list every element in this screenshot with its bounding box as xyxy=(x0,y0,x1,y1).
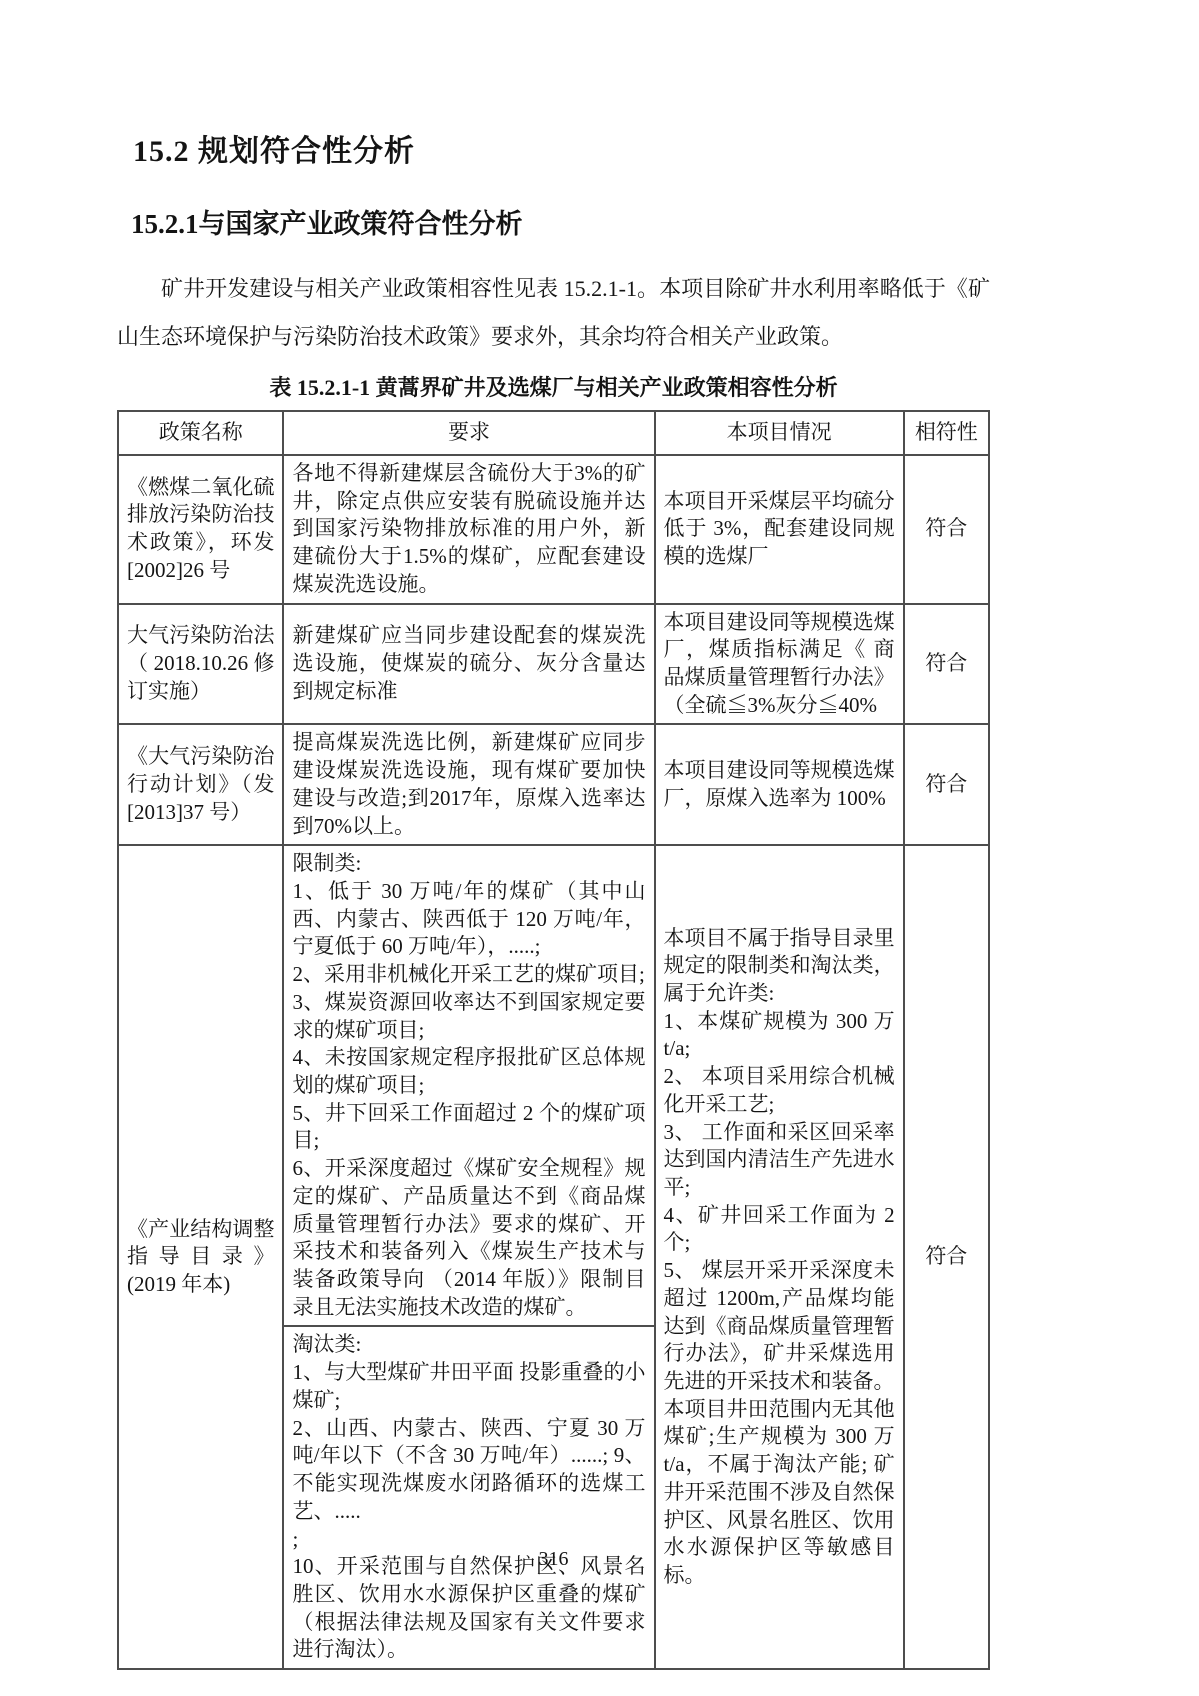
cell-requirement: 新建煤矿应当同步建设配套的煤炭洗选设施，使煤炭的硫分、灰分含量达到规定标准 xyxy=(283,604,654,725)
cell-project-status: 本项目不属于指导目录里规定的限制类和淘汰类，属于允许类: 1、本煤矿规模为 30… xyxy=(655,845,904,1669)
cell-project-status: 本项目建设同等规模选煤厂，原煤入选率为 100% xyxy=(655,724,904,845)
table-header-row: 政策名称 要求 本项目情况 相符性 xyxy=(118,411,989,455)
page-content: 15.2 规划符合性分析 15.2.1与国家产业政策符合性分析 矿井开发建设与相… xyxy=(117,0,990,1670)
cell-policy-name: 大气污染防治法（ 2018.10.26 修订实施） xyxy=(118,604,283,725)
cell-policy-name: 《产业结构调整指导目录》(2019 年本) xyxy=(118,845,283,1669)
col-header-project-status: 本项目情况 xyxy=(655,411,904,455)
cell-requirement: 各地不得新建煤层含硫份大于3%的矿井，除定点供应安装有脱硫设施并达到国家污染物排… xyxy=(283,455,654,604)
cell-requirement: 提高煤炭洗选比例，新建煤矿应同步建设煤炭洗选设施，现有煤矿要加快建设与改造;到2… xyxy=(283,724,654,845)
cell-requirement-restricted-category: 限制类: 1、低于 30 万吨/年的煤矿（其中山西、内蒙古、陕西低于 120 万… xyxy=(283,845,654,1326)
col-header-policy-name: 政策名称 xyxy=(118,411,283,455)
table-caption: 表 15.2.1-1 黄蒿界矿井及选煤厂与相关产业政策相容性分析 xyxy=(117,371,990,402)
cell-project-status: 本项目建设同等规模选煤厂，煤质指标满足《 商品煤质量管理暂行办法》（全硫≦3%灰… xyxy=(655,604,904,725)
page-number: 316 xyxy=(117,1548,990,1571)
cell-policy-name: 《燃煤二氧化硫排放污染防治技术政策》，环发[2002]26 号 xyxy=(118,455,283,604)
cell-project-status: 本项目开采煤层平均硫分低于 3%，配套建设同规模的选煤厂 xyxy=(655,455,904,604)
col-header-conformity: 相符性 xyxy=(904,411,989,455)
table-row: 《燃煤二氧化硫排放污染防治技术政策》，环发[2002]26 号 各地不得新建煤层… xyxy=(118,455,989,604)
section-heading: 15.2 规划符合性分析 xyxy=(133,126,990,170)
cell-conformity: 符合 xyxy=(904,455,989,604)
col-header-requirement: 要求 xyxy=(283,411,654,455)
cell-conformity: 符合 xyxy=(904,845,989,1669)
table-row: 大气污染防治法（ 2018.10.26 修订实施） 新建煤矿应当同步建设配套的煤… xyxy=(118,604,989,725)
cell-conformity: 符合 xyxy=(904,604,989,725)
cell-requirement-eliminated-category: 淘汰类: 1、与大型煤矿井田平面 投影重叠的小煤矿; 2、山西、内蒙古、陕西、宁… xyxy=(283,1326,654,1669)
cell-policy-name: 《大气污染防治行动计划》（发[2013]37 号） xyxy=(118,724,283,845)
document-page: 15.2 规划符合性分析 15.2.1与国家产业政策符合性分析 矿井开发建设与相… xyxy=(0,0,1199,1696)
intro-paragraph: 矿井开发建设与相关产业政策相容性见表 15.2.1-1。本项目除矿井水利用率略低… xyxy=(117,265,990,361)
table-row: 《产业结构调整指导目录》(2019 年本) 限制类: 1、低于 30 万吨/年的… xyxy=(118,845,989,1326)
cell-conformity: 符合 xyxy=(904,724,989,845)
policy-compatibility-table: 政策名称 要求 本项目情况 相符性 《燃煤二氧化硫排放污染防治技术政策》，环发[… xyxy=(117,410,990,1670)
table-row: 《大气污染防治行动计划》（发[2013]37 号） 提高煤炭洗选比例，新建煤矿应… xyxy=(118,724,989,845)
subsection-heading: 15.2.1与国家产业政策符合性分析 xyxy=(131,202,990,241)
